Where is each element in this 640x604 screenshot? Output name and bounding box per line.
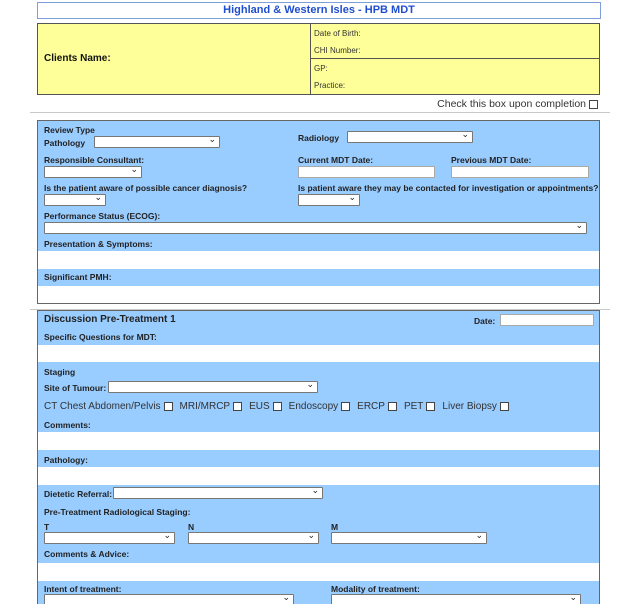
- investigation-checkbox[interactable]: [341, 402, 350, 411]
- clients-name-label: Clients Name:: [44, 53, 111, 64]
- intent-select[interactable]: ⌄: [44, 594, 294, 604]
- chevron-down-icon: ⌄: [282, 592, 290, 603]
- pathology-textarea[interactable]: [38, 467, 599, 485]
- n-label: N: [188, 522, 194, 532]
- investigation-label: Liver Biopsy: [442, 401, 496, 412]
- consultant-label: Responsible Consultant:: [44, 155, 144, 165]
- investigation-label: EUS: [249, 401, 270, 412]
- dob-chi-cell: Date of Birth: CHI Number:: [311, 24, 600, 59]
- site-label: Site of Tumour:: [44, 383, 106, 393]
- m-label: M: [331, 522, 338, 532]
- presentation-label: Presentation & Symptoms:: [44, 239, 153, 249]
- comments-label: Comments:: [44, 420, 91, 430]
- pmh-textarea[interactable]: [38, 286, 599, 303]
- chevron-down-icon: ⌄: [208, 134, 216, 145]
- investigation-checkbox[interactable]: [233, 402, 242, 411]
- investigation-label: CT Chest Abdomen/Pelvis: [44, 401, 161, 412]
- discussion-panel: Discussion Pre-Treatment 1 Date: Specifi…: [37, 310, 600, 604]
- client-info-column: Date of Birth: CHI Number: GP: Practice:: [310, 24, 600, 94]
- staging-label: Staging: [44, 367, 75, 377]
- t-select[interactable]: ⌄: [44, 532, 175, 544]
- investigation-checkbox[interactable]: [500, 402, 509, 411]
- radiology-label: Radiology: [298, 133, 339, 143]
- dietetic-label: Dietetic Referral:: [44, 489, 112, 499]
- chevron-down-icon: ⌄: [461, 129, 469, 140]
- review-panel: Review Type Pathology ⌄ Radiology ⌄ Resp…: [37, 120, 600, 304]
- previous-mdt-date-input[interactable]: [451, 166, 589, 178]
- pmh-label: Significant PMH:: [44, 272, 112, 282]
- chevron-down-icon: ⌄: [306, 379, 314, 390]
- chevron-down-icon: ⌄: [348, 192, 356, 203]
- investigation-checkbox[interactable]: [388, 402, 397, 411]
- date-label: Date:: [474, 316, 495, 326]
- aware-diagnosis-label: Is the patient aware of possible cancer …: [44, 183, 247, 193]
- ecog-label: Performance Status (ECOG):: [44, 211, 160, 221]
- investigation-label: ERCP: [357, 401, 385, 412]
- comments-advice-textarea[interactable]: [38, 563, 599, 581]
- chevron-down-icon: ⌄: [475, 530, 483, 541]
- ecog-select[interactable]: ⌄: [44, 222, 587, 234]
- consultant-select[interactable]: ⌄: [44, 166, 142, 178]
- current-mdt-label: Current MDT Date:: [298, 155, 373, 165]
- pathology-label: Pathology: [44, 138, 85, 148]
- investigation-label: PET: [404, 401, 423, 412]
- completion-row: Check this box upon completion: [437, 98, 598, 110]
- review-type-label: Review Type: [44, 125, 95, 135]
- aware-contact-label: Is patient aware they may be contacted f…: [298, 183, 598, 193]
- modality-label: Modality of treatment:: [331, 584, 420, 594]
- comments-advice-label: Comments & Advice:: [44, 549, 129, 559]
- gp-practice-cell: GP: Practice:: [311, 59, 600, 93]
- m-select[interactable]: ⌄: [331, 532, 487, 544]
- divider: [30, 112, 610, 113]
- pathology-select[interactable]: ⌄: [94, 136, 220, 148]
- investigation-label: Endoscopy: [289, 401, 338, 412]
- chevron-down-icon: ⌄: [307, 530, 315, 541]
- radiological-staging-label: Pre-Treatment Radiological Staging:: [44, 507, 190, 517]
- gp-label: GP:: [314, 64, 328, 73]
- radiology-select[interactable]: ⌄: [347, 131, 473, 143]
- pathology-comments-label: Pathology:: [44, 455, 88, 465]
- investigation-checkbox[interactable]: [426, 402, 435, 411]
- chi-label: CHI Number:: [314, 46, 361, 55]
- t-label: T: [44, 522, 49, 532]
- chevron-down-icon: ⌄: [575, 220, 583, 231]
- practice-label: Practice:: [314, 81, 345, 90]
- investigation-label: MRI/MRCP: [180, 401, 231, 412]
- presentation-textarea[interactable]: [38, 251, 599, 269]
- investigation-checkbox[interactable]: [273, 402, 282, 411]
- aware-contact-select[interactable]: ⌄: [298, 194, 360, 206]
- questions-textarea[interactable]: [38, 345, 599, 362]
- investigation-checkbox[interactable]: [164, 402, 173, 411]
- site-select[interactable]: ⌄: [108, 381, 318, 393]
- questions-label: Specific Questions for MDT:: [44, 332, 157, 342]
- investigations-row: CT Chest Abdomen/Pelvis MRI/MRCP EUS End…: [44, 401, 513, 412]
- dob-label: Date of Birth:: [314, 29, 361, 38]
- discussion-date-input[interactable]: [500, 314, 594, 326]
- completion-checkbox[interactable]: [589, 100, 598, 109]
- chevron-down-icon: ⌄: [130, 164, 138, 175]
- aware-diagnosis-select[interactable]: ⌄: [44, 194, 106, 206]
- client-details: Clients Name: Date of Birth: CHI Number:…: [37, 23, 600, 95]
- previous-mdt-label: Previous MDT Date:: [451, 155, 531, 165]
- chevron-down-icon: ⌄: [94, 192, 102, 203]
- chevron-down-icon: ⌄: [569, 592, 577, 603]
- chevron-down-icon: ⌄: [163, 530, 171, 541]
- intent-label: Intent of treatment:: [44, 584, 121, 594]
- modality-select[interactable]: ⌄: [331, 594, 581, 604]
- form-title: Highland & Western Isles - HPB MDT: [37, 2, 601, 19]
- chevron-down-icon: ⌄: [311, 485, 319, 496]
- completion-label: Check this box upon completion: [437, 98, 586, 110]
- discussion-title: Discussion Pre-Treatment 1: [44, 314, 176, 325]
- dietetic-select[interactable]: ⌄: [113, 487, 323, 499]
- comments-textarea[interactable]: [38, 432, 599, 450]
- current-mdt-date-input[interactable]: [298, 166, 435, 178]
- n-select[interactable]: ⌄: [188, 532, 319, 544]
